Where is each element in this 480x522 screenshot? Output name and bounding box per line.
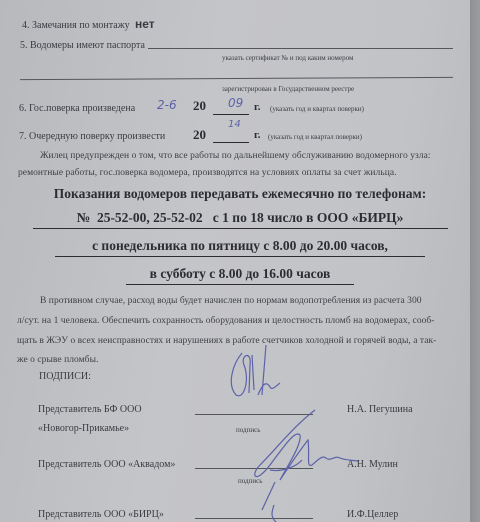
item4-label: 4. Замечания по монтажу: [22, 20, 130, 31]
signatures-heading: ПОДПИСИ:: [39, 371, 91, 382]
item5-hint2: зарегистрирован в Государственном реестр…: [222, 85, 354, 93]
warning-line1: Жилец предупрежден о том, что все работы…: [40, 151, 431, 161]
item5-hint1: указать сертификат № и под каким номером: [222, 54, 353, 62]
item7-year-handwritten: 14: [228, 119, 241, 130]
signature-scribble-2: [240, 410, 360, 495]
item5-label: 5. Водомеры имеют паспорта: [20, 40, 145, 51]
item4-value: нет: [135, 17, 155, 31]
item5-line1: [148, 48, 453, 49]
otherwise-line4: же о срыве пломбы.: [17, 355, 98, 365]
otherwise-line1: В противном случае, расход воды будет на…: [40, 296, 422, 306]
notice-line4: в субботу с 8.00 до 16.00 часов: [0, 266, 480, 282]
notice-line2-underline: [33, 228, 448, 229]
sig3-name: И.Ф.Целлер: [347, 509, 398, 520]
notice-line4-underline: [126, 284, 354, 285]
item7-year-suffix: г.: [254, 129, 261, 141]
notice-line3-underline: [55, 256, 425, 257]
item6-year-line: [213, 114, 249, 115]
item7-year-prefix: 20: [193, 127, 206, 143]
sig3-line: [195, 518, 313, 519]
item6-year-handwritten: 09: [228, 96, 243, 110]
item7-year-line: [213, 142, 249, 143]
notice-line2: № 25-52-00, 25-52-02 с 1 по 18 число в О…: [0, 210, 480, 226]
signature-scribble-1: [222, 345, 282, 405]
sig2-role: Представитель ООО «Аквадом»: [38, 459, 175, 470]
sig1-role-line1: Представитель БФ ООО: [38, 404, 142, 415]
warning-line2: ремонтные работы, гос.поверка водомера, …: [18, 168, 397, 178]
item6-hint: (указать год и квартал поверки): [270, 105, 364, 113]
item6-year-suffix: г.: [254, 101, 261, 113]
item6-year-prefix: 20: [193, 98, 206, 114]
otherwise-line2: л/сут. на 1 человека. Обеспечить сохранн…: [17, 316, 435, 326]
item6-label: 6. Гос.поверка произведена: [19, 103, 135, 114]
notice-line3: с понедельника по пятницу с 8.00 до 20.0…: [0, 238, 480, 254]
item7-hint: (указать год и квартал поверки): [268, 133, 362, 141]
signature-scribble-3: [268, 505, 280, 522]
item7-label: 7. Очередную поверку произвести: [19, 131, 165, 142]
sig3-role: Представитель ООО «БИРЦ»: [38, 509, 164, 520]
item6-quarter-handwritten: 2-6: [157, 98, 177, 112]
sig1-role-line2: «Новогор-Прикамье»: [38, 423, 129, 434]
notice-line1: Показания водомеров передавать ежемесячн…: [0, 186, 480, 202]
page-edge: [470, 0, 480, 522]
